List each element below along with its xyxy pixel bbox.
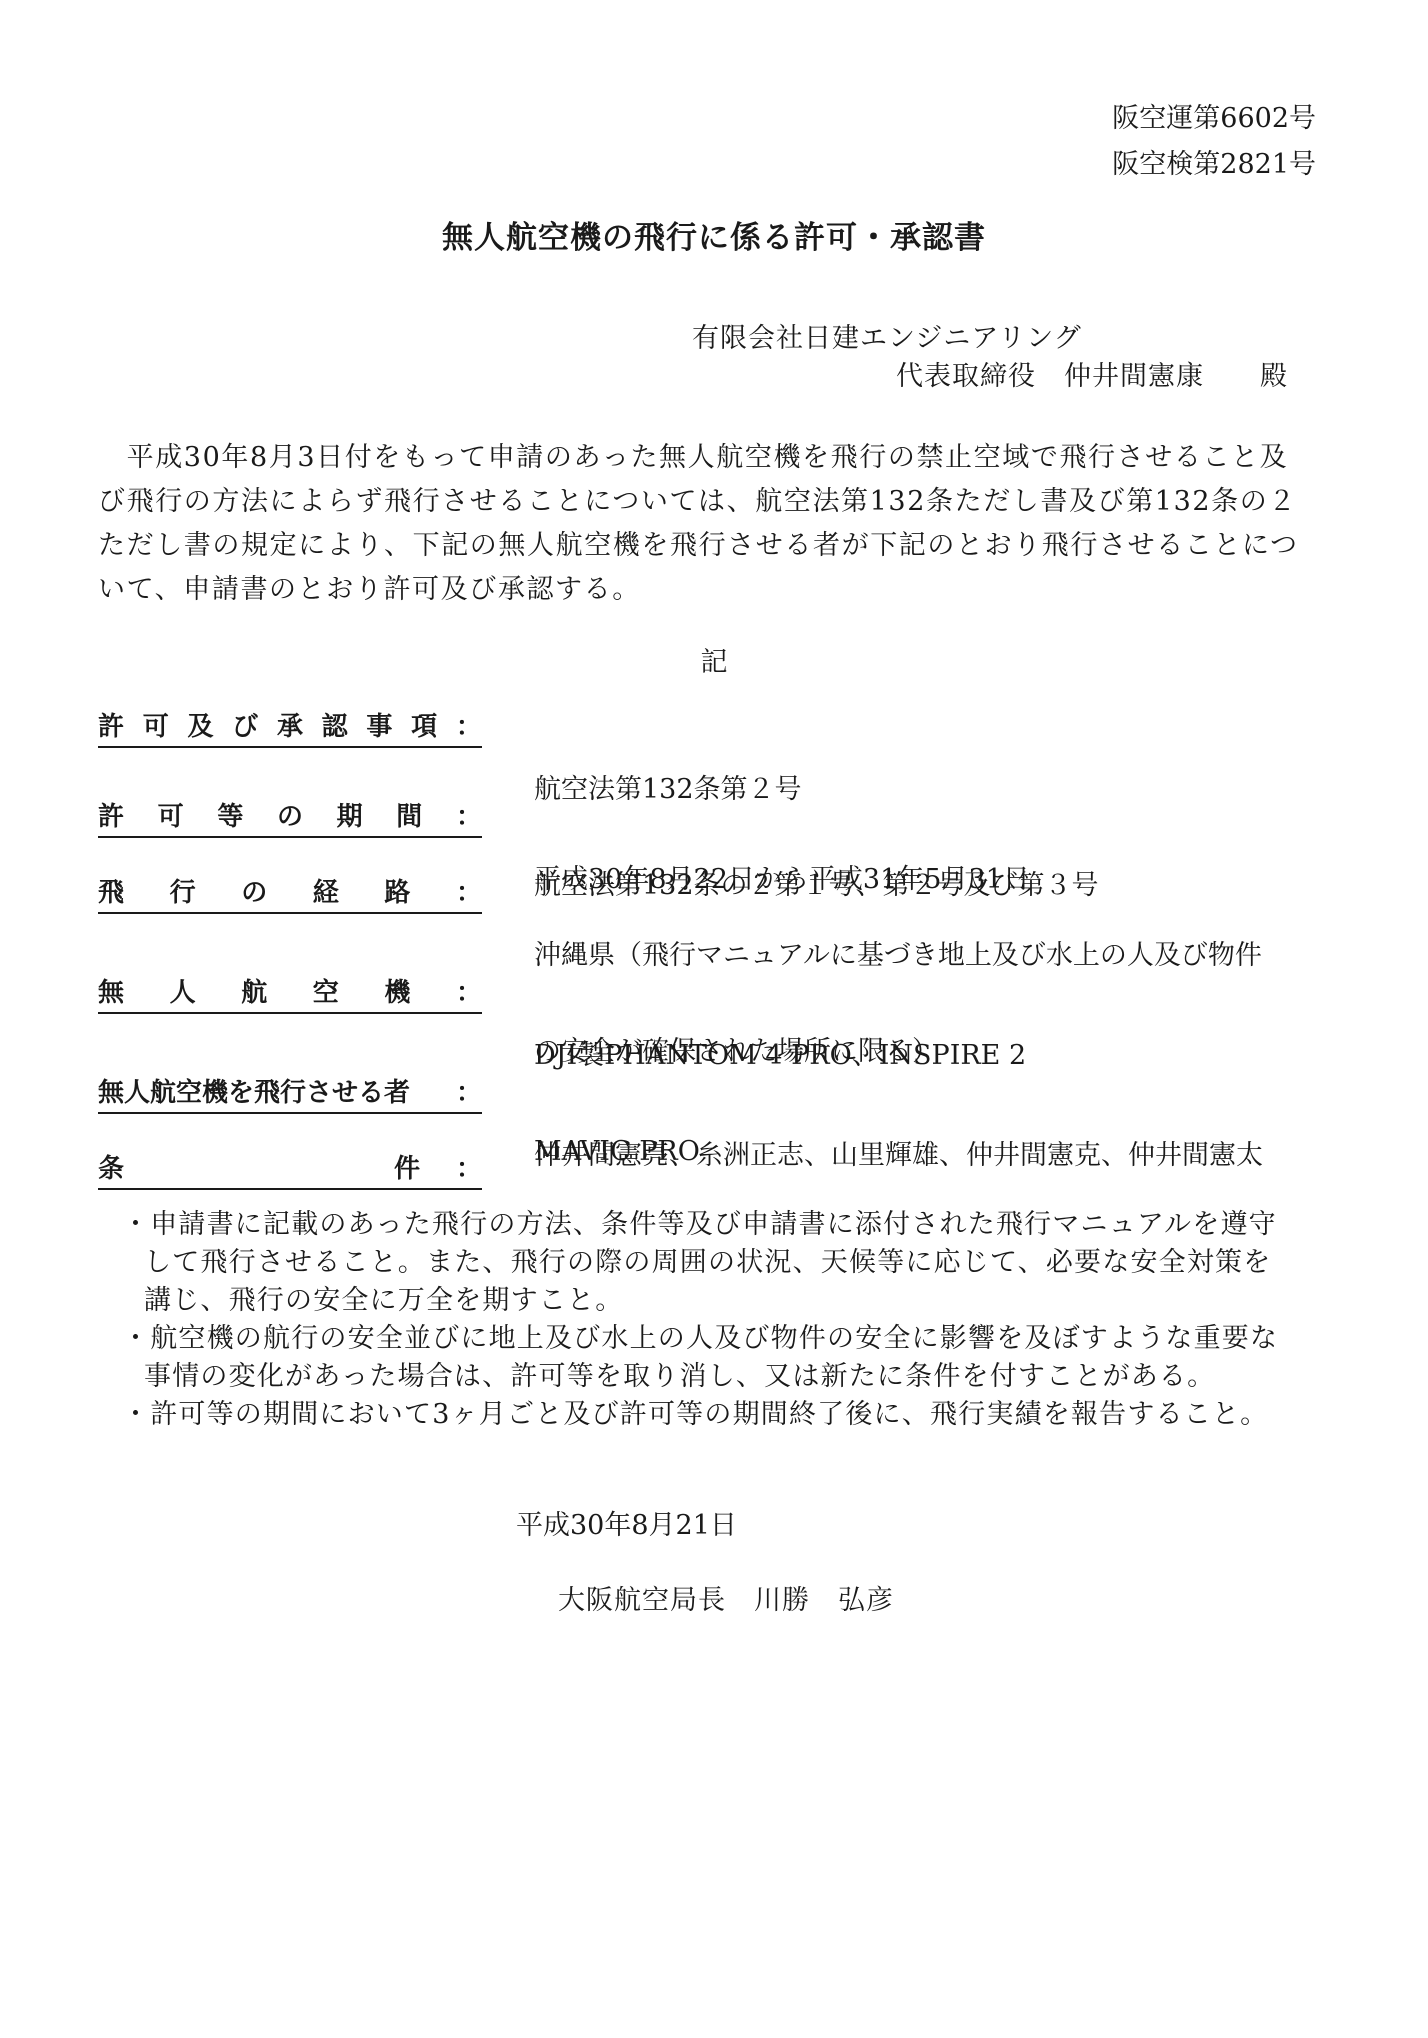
reference-number-operations: 阪空運第6602号: [1112, 96, 1316, 142]
issue-date: 平成30年8月21日: [516, 1503, 737, 1542]
reference-numbers: 阪空運第6602号 阪空検第2821号: [1112, 96, 1316, 188]
field-label: 条 件 ：: [98, 1152, 482, 1190]
statement-line: ただし書の規定により、下記の無人航空機を飛行させる者が下記のとおり飛行させること…: [98, 524, 1330, 568]
statement-line: 平成30年8月3日付をもって申請のあった無人航空機を飛行の禁止空域で飛行させるこ…: [98, 436, 1330, 480]
statement-line: いて、申請書のとおり許可及び承認する。: [98, 568, 1330, 612]
statement-line: び飛行の方法によらず飛行させることについては、航空法第132条ただし書及び第13…: [98, 480, 1330, 524]
addressee-company: 有限会社日建エンジニアリング: [692, 316, 1082, 355]
condition-item: ・申請書に記載のあった飛行の方法、条件等及び申請書に添付された飛行マニュアルを遵…: [122, 1206, 1322, 1320]
condition-item: ・許可等の期間において3ヶ月ごと及び許可等の期間終了後に、飛行実績を報告すること…: [122, 1396, 1322, 1434]
field-label: 無 人 航 空 機 ：: [98, 976, 482, 1014]
permission-statement: 平成30年8月3日付をもって申請のあった無人航空機を飛行の禁止空域で飛行させるこ…: [98, 436, 1330, 612]
ki-heading: 記: [0, 640, 1428, 679]
field-label: 飛 行 の 経 路 ：: [98, 876, 482, 914]
field-label: 許 可 及 び 承 認 事 項 ：: [98, 710, 482, 748]
field-label: 許 可 等 の 期 間 ：: [98, 800, 482, 838]
condition-item: ・航空機の航行の安全並びに地上及び水上の人及び物件の安全に影響を及ぼすような重要…: [122, 1320, 1322, 1396]
reference-number-inspection: 阪空検第2821号: [1112, 142, 1316, 188]
document-title: 無人航空機の飛行に係る許可・承認書: [0, 212, 1428, 257]
addressee-representative: 代表取締役 仲井間憲康 殿: [896, 354, 1288, 393]
conditions-list: ・申請書に記載のあった飛行の方法、条件等及び申請書に添付された飛行マニュアルを遵…: [122, 1206, 1322, 1434]
document-page: 阪空運第6602号 阪空検第2821号 無人航空機の飛行に係る許可・承認書 有限…: [0, 0, 1428, 2038]
field-label: 無人航空機を飛行させる者 ：: [98, 1076, 482, 1114]
issuer-signature: 大阪航空局長 川勝 弘彦: [558, 1578, 894, 1617]
